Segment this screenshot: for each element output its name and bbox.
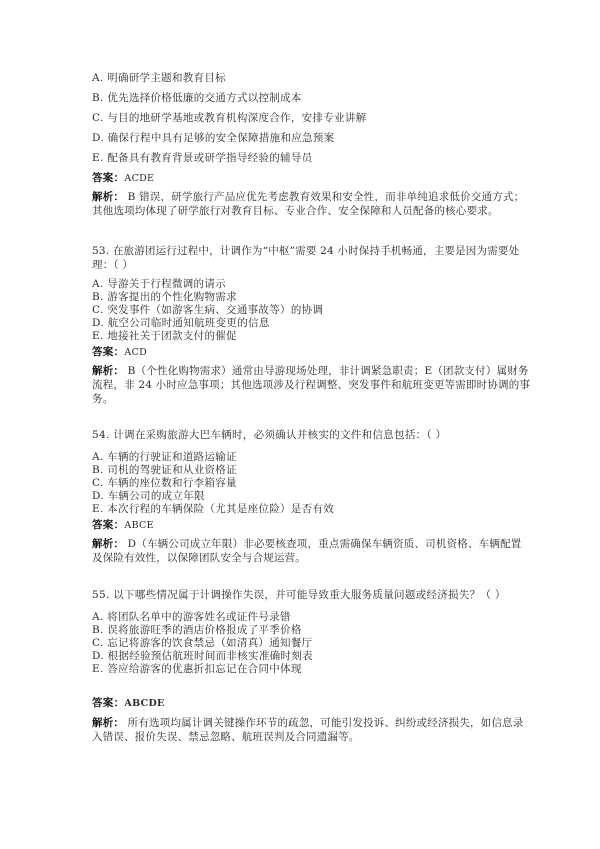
q53-option-d: D. 航空公司临时通知航班变更的信息	[92, 317, 270, 330]
answer-label: 答案：	[92, 346, 124, 358]
q55-option-c: C. 忘记将游客的饮食禁忌（如清真）通知餐厅	[92, 637, 312, 650]
q54-option-b: B. 司机的驾驶证和从业资格证	[92, 464, 237, 477]
q55-option-d: D. 根据经验预估航班时间而非核实准确时刻表	[92, 650, 313, 663]
q55-option-e: E. 答应给游客的优惠折扣忘记在合同中体现	[92, 663, 302, 676]
answer-value: ABCDE	[124, 698, 164, 709]
q53-analysis: 解析： B（个性化购物需求）通常由导游现场处理，非计调紧急职责；E（团款支付）属…	[92, 364, 532, 406]
analysis-text: D（车辆公司成立年限）非必要核查项，重点需确保车辆资质、司机资格、车辆配置及保险…	[92, 538, 521, 564]
q52-answer: 答案：ACDE	[92, 172, 154, 185]
q52-analysis: 解析： B 错误，研学旅行产品应优先考虑教育效果和安全性，而非单纯追求低价交通方…	[92, 190, 532, 218]
q55-option-b: B. 误将旅游旺季的酒店价格报成了平季价格	[92, 624, 302, 637]
q52-option-d: D. 确保行程中具有足够的安全保障措施和应急预案	[92, 132, 334, 145]
q53-option-b: B. 游客提出的个性化购物需求	[92, 291, 237, 304]
q53-option-e: E. 地接社关于团款支付的催促	[92, 330, 237, 343]
q52-option-b: B. 优先选择价格低廉的交通方式以控制成本	[92, 92, 302, 105]
q52-option-e: E. 配备具有教育背景或研学指导经验的辅导员	[92, 152, 312, 165]
q52-option-a: A. 明确研学主题和教育目标	[92, 72, 226, 85]
analysis-label: 解析：	[92, 365, 124, 377]
q54-option-a: A. 车辆的行驶证和道路运输证	[92, 451, 237, 464]
analysis-text: 所有选项均属计调关键操作环节的疏忽，可能引发投诉、纠纷或经济损失，如信息录入错误…	[92, 717, 524, 743]
q53-option-c: C. 突发事件（如游客生病、交通事故等）的协调	[92, 304, 323, 317]
answer-label: 答案：	[92, 172, 124, 184]
q53-answer: 答案：ACD	[92, 346, 147, 359]
q53-question: 53. 在旅游团运行过程中，计调作为“中枢”需要 24 小时保持手机畅通，主要是…	[92, 244, 532, 272]
q52-option-c: C. 与目的地研学基地或教育机构深度合作，安排专业讲解	[92, 112, 366, 125]
answer-value: ACDE	[124, 173, 154, 184]
analysis-text: B 错误，研学旅行产品应优先考虑教育效果和安全性，而非单纯追求低价交通方式；其他…	[92, 191, 524, 217]
answer-label: 答案：	[92, 519, 124, 531]
analysis-label: 解析：	[92, 191, 124, 203]
analysis-label: 解析：	[92, 717, 124, 729]
q54-option-c: C. 车辆的座位数和行李箱容量	[92, 477, 237, 490]
analysis-label: 解析：	[92, 538, 124, 550]
q54-analysis: 解析： D（车辆公司成立年限）非必要核查项，重点需确保车辆资质、司机资格、车辆配…	[92, 537, 532, 565]
q54-answer: 答案：ABCE	[92, 519, 154, 532]
q55-analysis: 解析： 所有选项均属计调关键操作环节的疏忽，可能引发投诉、纠纷或经济损失，如信息…	[92, 716, 532, 744]
answer-value: ABCE	[124, 520, 153, 531]
q55-option-a: A. 将团队名单中的游客姓名或证件号录错	[92, 611, 291, 624]
answer-label: 答案：	[92, 697, 124, 709]
q55-question: 55. 以下哪些情况属于计调操作失误，并可能导致重大服务质量问题或经济损失？（ …	[92, 589, 506, 602]
analysis-text: B（个性化购物需求）通常由导游现场处理，非计调紧急职责；E（团款支付）属财务流程…	[92, 365, 530, 405]
q55-answer: 答案：ABCDE	[92, 697, 165, 710]
q53-option-a: A. 导游关于行程微调的请示	[92, 278, 226, 291]
q54-option-e: E. 本次行程的车辆保险（尤其是座位险）是否有效	[92, 503, 334, 516]
q54-option-d: D. 车辆公司的成立年限	[92, 490, 205, 503]
document-page: A. 明确研学主题和教育目标 B. 优先选择价格低廉的交通方式以控制成本 C. …	[0, 0, 600, 849]
answer-value: ACD	[124, 347, 147, 358]
q54-question: 54. 计调在采购旅游大巴车辆时，必须确认并核实的文件和信息包括：（ ）	[92, 429, 446, 442]
